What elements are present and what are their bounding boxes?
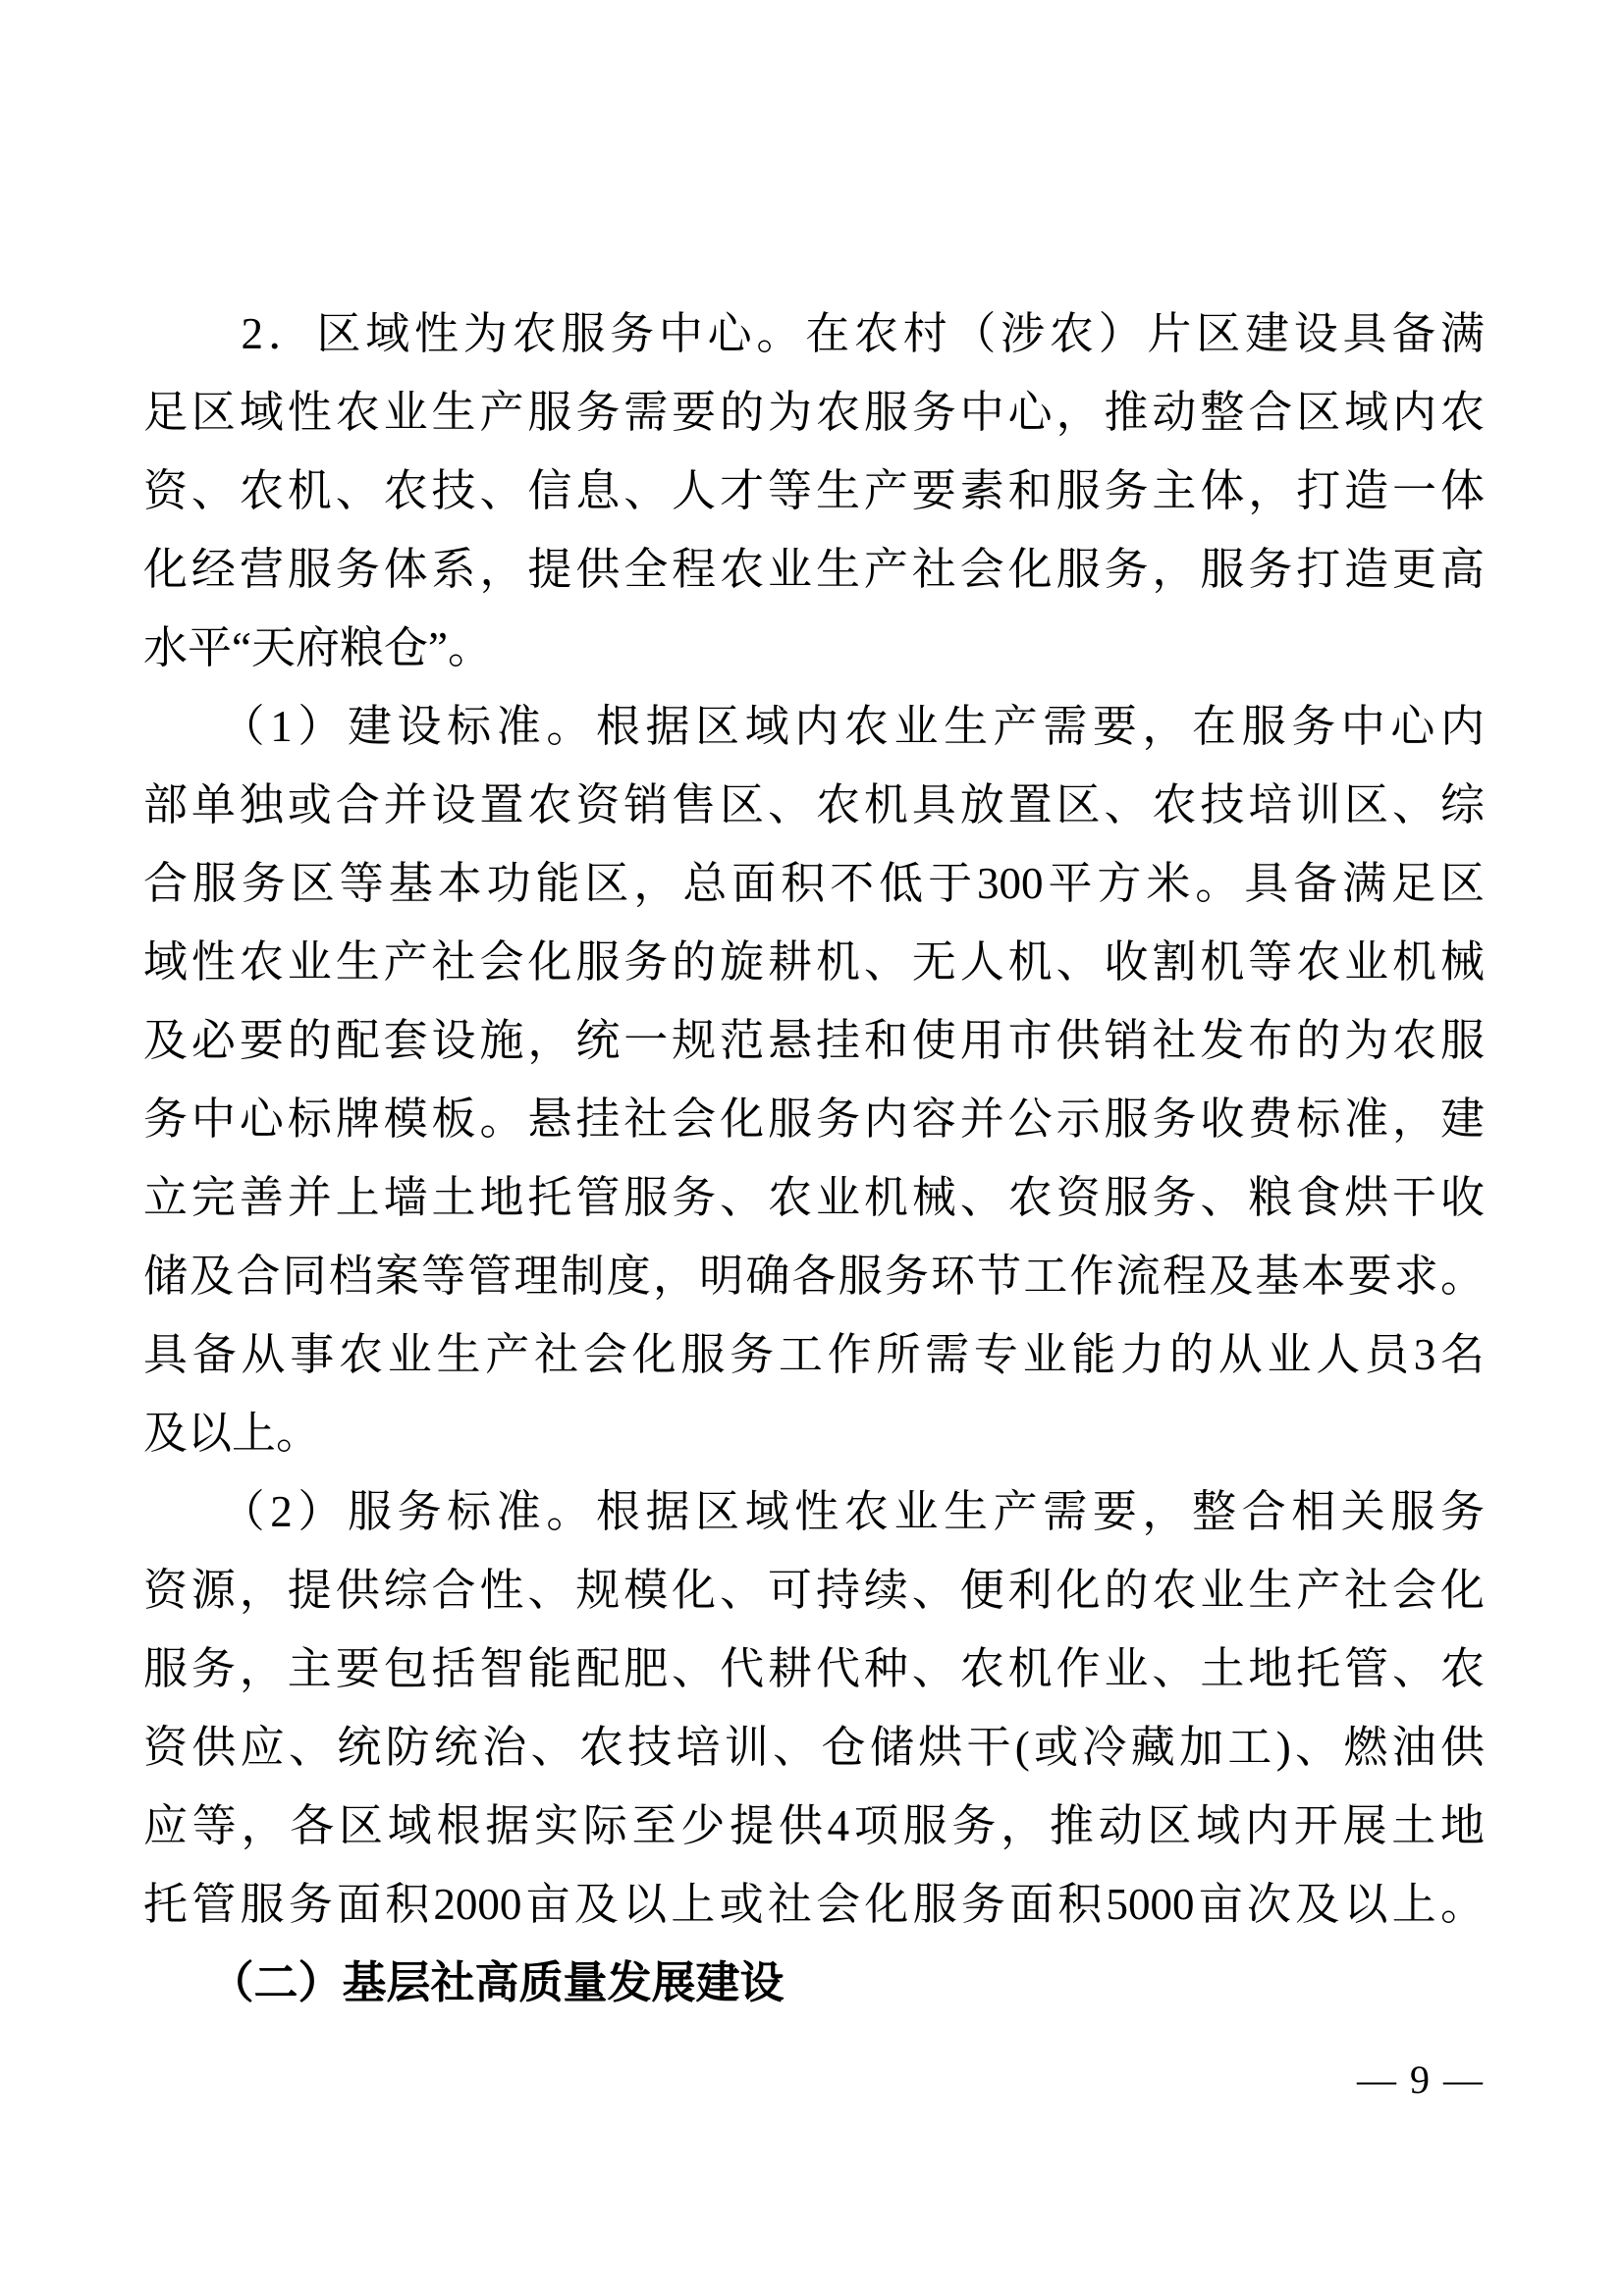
document-body: 2．区域性为农服务中心。在农村（涉农）片区建设具备满足区域性农业生产服务需要的为…: [143, 294, 1485, 2022]
document-page: 2．区域性为农服务中心。在农村（涉农）片区建设具备满足区域性农业生产服务需要的为…: [0, 0, 1623, 2296]
paragraph-construction-standard-line: 务中心标牌模板。悬挂社会化服务内容并公示服务收费标准，建: [143, 1080, 1485, 1158]
paragraph-construction-standard-line: 储及合同档案等管理制度，明确各服务环节工作流程及基本要求。: [143, 1237, 1485, 1315]
paragraph-construction-standard-line: 域性农业生产社会化服务的旋耕机、无人机、收割机等农业机械: [143, 923, 1485, 1001]
paragraph-construction-standard-line: 合服务区等基本功能区，总面积不低于300平方米。具备满足区: [143, 844, 1485, 923]
paragraph-regional-service-center-line: 水平“天府粮仓”。: [143, 609, 1485, 687]
paragraph-regional-service-center-line: 化经营服务体系，提供全程农业生产社会化服务，服务打造更高: [143, 530, 1485, 609]
paragraph-service-standard-line: 资供应、统防统治、农技培训、仓储烘干(或冷藏加工)、燃油供: [143, 1708, 1485, 1787]
paragraph-construction-standard-line: 及必要的配套设施，统一规范悬挂和使用市供销社发布的为农服: [143, 1001, 1485, 1080]
paragraph-construction-standard-line: 及以上。: [143, 1394, 1485, 1472]
paragraph-regional-service-center-line: 2．区域性为农服务中心。在农村（涉农）片区建设具备满: [143, 294, 1485, 373]
page-number: — 9 —: [1357, 2056, 1485, 2104]
paragraph-service-standard-line: 应等，各区域根据实际至少提供4项服务，推动区域内开展土地: [143, 1787, 1485, 1865]
heading-grassroots-cooperative-development-line: （二）基层社高质量发展建设: [143, 1944, 1485, 2022]
paragraph-service-standard-line: 资源，提供综合性、规模化、可持续、便利化的农业生产社会化: [143, 1551, 1485, 1629]
paragraph-service-standard-line: 托管服务面积2000亩及以上或社会化服务面积5000亩次及以上。: [143, 1865, 1485, 1944]
paragraph-construction-standard-line: 具备从事农业生产社会化服务工作所需专业能力的从业人员3名: [143, 1315, 1485, 1394]
paragraph-regional-service-center-line: 足区域性农业生产服务需要的为农服务中心，推动整合区域内农: [143, 373, 1485, 452]
paragraph-service-standard-line: （2）服务标准。根据区域性农业生产需要，整合相关服务: [143, 1472, 1485, 1551]
paragraph-construction-standard-line: 立完善并上墙土地托管服务、农业机械、农资服务、粮食烘干收: [143, 1158, 1485, 1237]
paragraph-construction-standard-line: （1）建设标准。根据区域内农业生产需要，在服务中心内: [143, 687, 1485, 766]
paragraph-service-standard-line: 服务，主要包括智能配肥、代耕代种、农机作业、土地托管、农: [143, 1629, 1485, 1708]
paragraph-construction-standard-line: 部单独或合并设置农资销售区、农机具放置区、农技培训区、综: [143, 766, 1485, 844]
paragraph-regional-service-center-line: 资、农机、农技、信息、人才等生产要素和服务主体，打造一体: [143, 452, 1485, 530]
